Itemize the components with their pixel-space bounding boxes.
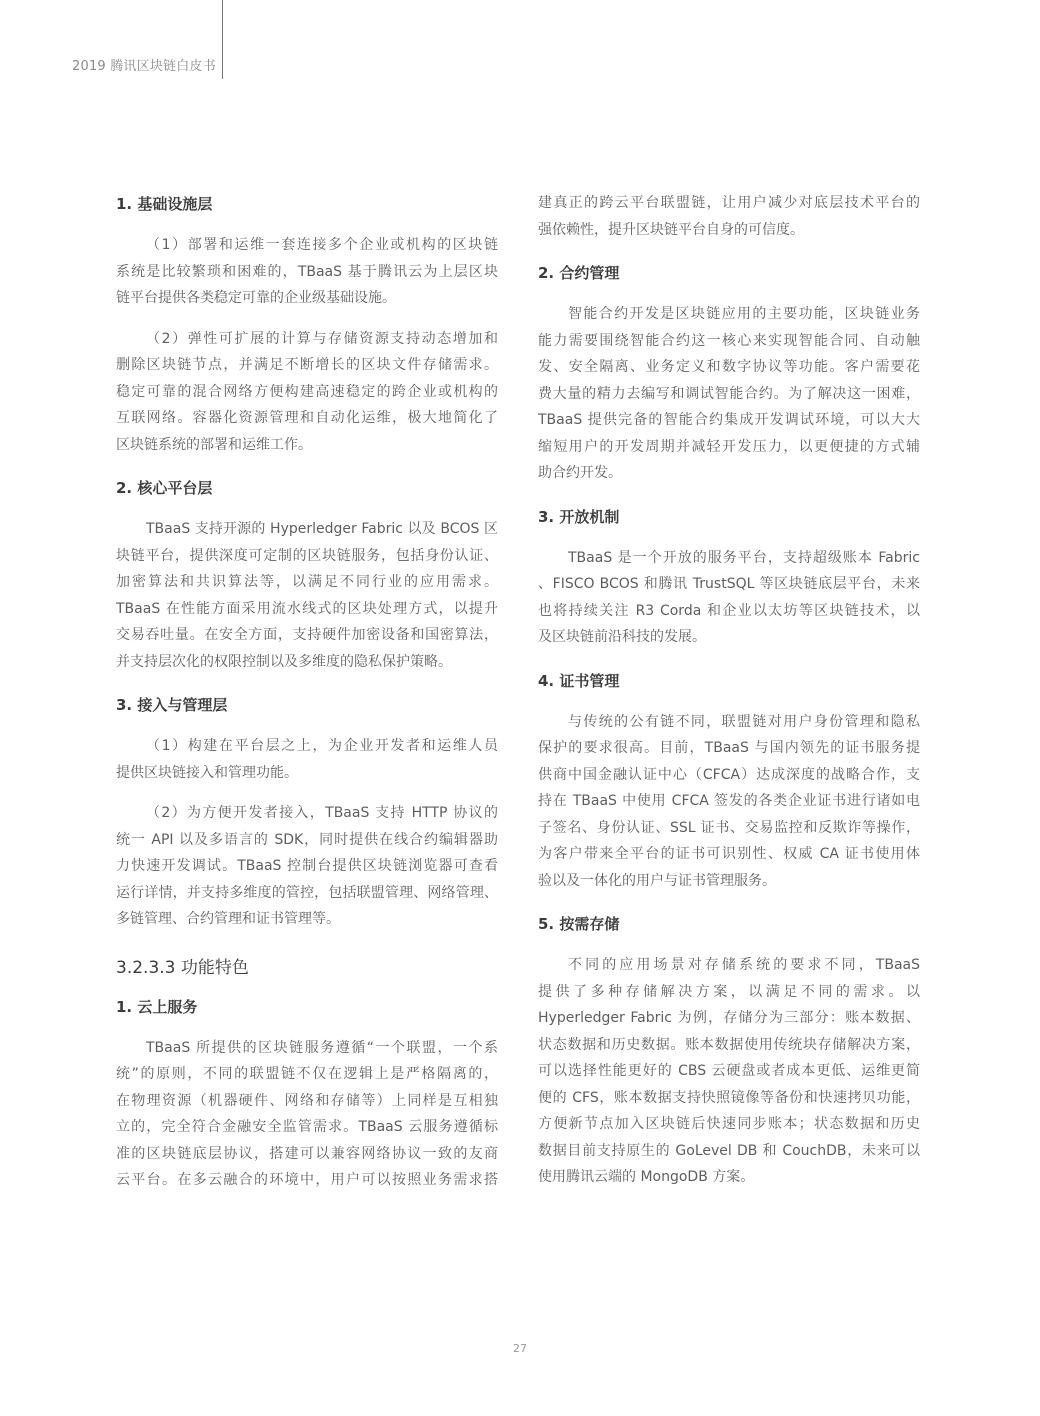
text-line: 在物理资源（机器硬件、网络和存储等）上同样是互相独 [116, 1088, 498, 1115]
text-line: （1）构建在平台层之上，为企业开发者和运维人员 [116, 733, 498, 760]
text-line: 不同的应用场景对存储系统的要求不同，TBaaS [538, 952, 920, 979]
section-heading-features: 3.2.3.3 功能特色 [116, 953, 498, 983]
text-line: 供商中国金融认证中心（CFCA）达成深度的战略合作，支 [538, 762, 920, 789]
heading-contract-management: 2. 合约管理 [538, 259, 920, 287]
text-line: 块链平台，提供深度可定制的区块链服务，包括身份认证、 [116, 543, 498, 570]
header-title: 2019 腾讯区块链白皮书 [72, 55, 216, 74]
paragraph: 智能合约开发是区块链应用的主要功能，区块链业务 能力需要围绕智能合约这一核心来实… [538, 301, 920, 487]
paragraph: TBaaS 所提供的区块链服务遵循“一个联盟，一个系 统”的原则，不同的联盟链不… [116, 1035, 498, 1194]
text-line: 状态数据和历史数据。账本数据使用传统块存储解决方案， [538, 1032, 920, 1059]
text-line: 与传统的公有链不同，联盟链对用户身份管理和隐私 [538, 709, 920, 736]
text-line: 稳定可靠的混合网络方便构建高速稳定的跨企业或机构的 [116, 379, 498, 406]
text-line: （1）部署和运维一套连接多个企业或机构的区块链 [116, 232, 498, 259]
text-line: 链平台提供各类稳定可靠的企业级基础设施。 [116, 285, 498, 312]
text-line: TBaaS 支持开源的 Hyperledger Fabric 以及 BCOS 区 [116, 516, 498, 543]
text-line: 互联网络。容器化资源管理和自动化运维，极大地简化了 [116, 405, 498, 432]
text-line: 并支持层次化的权限控制以及多维度的隐私保护策略。 [116, 649, 498, 676]
paragraph: TBaaS 支持开源的 Hyperledger Fabric 以及 BCOS 区… [116, 516, 498, 675]
paragraph: 不同的应用场景对存储系统的要求不同，TBaaS 提供了多种存储解决方案，以满足不… [538, 952, 920, 1191]
text-line: 删除区块链节点，并满足不断增长的区块文件存储需求。 [116, 352, 498, 379]
page-number: 27 [0, 1342, 1040, 1355]
heading-open-mechanism: 3. 开放机制 [538, 503, 920, 531]
paragraph: （1）部署和运维一套连接多个企业或机构的区块链 系统是比较繁琐和困难的，TBaa… [116, 232, 498, 312]
text-line: TBaaS 是一个开放的服务平台，支持超级账本 Fabric [538, 545, 920, 572]
text-line: 也将持续关注 R3 Corda 和企业以太坊等区块链技术，以 [538, 598, 920, 625]
text-line: 系统是比较繁琐和困难的，TBaaS 基于腾讯云为上层区块 [116, 259, 498, 286]
text-line: 提供区块链接入和管理功能。 [116, 760, 498, 787]
text-line: 及区块链前沿科技的发展。 [538, 624, 920, 651]
text-line: 提供了多种存储解决方案，以满足不同的需求。以 [538, 979, 920, 1006]
text-line: 发、安全隔离、业务定义和数字协议等功能。客户需要花 [538, 354, 920, 381]
heading-core-platform-layer: 2. 核心平台层 [116, 474, 498, 502]
text-line: （2）弹性可扩展的计算与存储资源支持动态增加和 [116, 326, 498, 353]
text-line: 可以选择性能更好的 CBS 云硬盘或者成本更低、运维更简 [538, 1058, 920, 1085]
text-line: 持在 TBaaS 中使用 CFCA 签发的各类企业证书进行诸如电 [538, 788, 920, 815]
heading-certificate-management: 4. 证书管理 [538, 667, 920, 695]
text-line: 多链管理、合约管理和证书管理等。 [116, 906, 498, 933]
heading-cloud-service: 1. 云上服务 [116, 993, 498, 1021]
text-line: Hyperledger Fabric 为例，存储分为三部分：账本数据、 [538, 1005, 920, 1032]
text-line: 便的 CFS，账本数据支持快照镜像等备份和快速拷贝功能， [538, 1085, 920, 1112]
left-column: 1. 基础设施层 （1）部署和运维一套连接多个企业或机构的区块链 系统是比较繁琐… [116, 190, 498, 1194]
text-line: 运行详情，并支持多维度的管控，包括联盟管理、网络管理、 [116, 880, 498, 907]
right-column: 建真正的跨云平台联盟链，让用户减少对底层技术平台的 强依赖性，提升区块链平台自身… [538, 190, 920, 1191]
text-line: 费大量的精力去编写和调试智能合约。为了解决这一困难， [538, 381, 920, 408]
text-line: 方便新节点加入区块链后快速同步账本；状态数据和历史 [538, 1111, 920, 1138]
text-line: 强依赖性，提升区块链平台自身的可信度。 [538, 217, 920, 244]
text-line: TBaaS 在性能方面采用流水线式的区块处理方式，以提升 [116, 596, 498, 623]
heading-access-management-layer: 3. 接入与管理层 [116, 691, 498, 719]
text-line: 使用腾讯云端的 MongoDB 方案。 [538, 1164, 920, 1191]
paragraph-continued: 建真正的跨云平台联盟链，让用户减少对底层技术平台的 强依赖性，提升区块链平台自身… [538, 190, 920, 243]
text-line: 缩短用户的开发周期并减轻开发压力，以更便捷的方式辅 [538, 434, 920, 461]
heading-infrastructure-layer: 1. 基础设施层 [116, 190, 498, 218]
text-line: 智能合约开发是区块链应用的主要功能，区块链业务 [538, 301, 920, 328]
text-line: 、FISCO BCOS 和腾讯 TrustSQL 等区块链底层平台，未来 [538, 571, 920, 598]
text-line: 统一 API 以及多语言的 SDK，同时提供在线合约编辑器助 [116, 827, 498, 854]
text-line: 云平台。在多云融合的环境中，用户可以按照业务需求搭 [116, 1167, 498, 1194]
header-divider [222, 0, 223, 79]
text-line: 立的，完全符合金融安全监管需求。TBaaS 云服务遵循标 [116, 1114, 498, 1141]
text-line: 力快速开发调试。TBaaS 控制台提供区块链浏览器可查看 [116, 853, 498, 880]
text-line: TBaaS 所提供的区块链服务遵循“一个联盟，一个系 [116, 1035, 498, 1062]
text-line: 交易吞吐量。在安全方面，支持硬件加密设备和国密算法， [116, 622, 498, 649]
text-line: 子签名、身份认证、SSL 证书、交易监控和反欺诈等操作， [538, 815, 920, 842]
paragraph: （2）弹性可扩展的计算与存储资源支持动态增加和 删除区块链节点，并满足不断增长的… [116, 326, 498, 459]
text-line: 加密算法和共识算法等，以满足不同行业的应用需求。 [116, 569, 498, 596]
paragraph: （2）为方便开发者接入，TBaaS 支持 HTTP 协议的 统一 API 以及多… [116, 800, 498, 933]
text-line: 为客户带来全平台的证书可识别性、权威 CA 证书使用体 [538, 841, 920, 868]
paragraph: 与传统的公有链不同，联盟链对用户身份管理和隐私 保护的要求很高。目前，TBaaS… [538, 709, 920, 895]
heading-on-demand-storage: 5. 按需存储 [538, 910, 920, 938]
text-line: 准的区块链底层协议，搭建可以兼容网络协议一致的友商 [116, 1141, 498, 1168]
text-line: TBaaS 提供完备的智能合约集成开发调试环境，可以大大 [538, 407, 920, 434]
text-line: （2）为方便开发者接入，TBaaS 支持 HTTP 协议的 [116, 800, 498, 827]
paragraph: （1）构建在平台层之上，为企业开发者和运维人员 提供区块链接入和管理功能。 [116, 733, 498, 786]
text-line: 验以及一体化的用户与证书管理服务。 [538, 868, 920, 895]
text-line: 数据目前支持原生的 GoLevel DB 和 CouchDB，未来可以 [538, 1138, 920, 1165]
text-line: 保护的要求很高。目前，TBaaS 与国内领先的证书服务提 [538, 735, 920, 762]
text-line: 建真正的跨云平台联盟链，让用户减少对底层技术平台的 [538, 190, 920, 217]
text-line: 统”的原则，不同的联盟链不仅在逻辑上是严格隔离的， [116, 1061, 498, 1088]
text-line: 区块链系统的部署和运维工作。 [116, 432, 498, 459]
paragraph: TBaaS 是一个开放的服务平台，支持超级账本 Fabric 、FISCO BC… [538, 545, 920, 651]
text-line: 能力需要围绕智能合约这一核心来实现智能合同、自动触 [538, 328, 920, 355]
text-line: 助合约开发。 [538, 460, 920, 487]
